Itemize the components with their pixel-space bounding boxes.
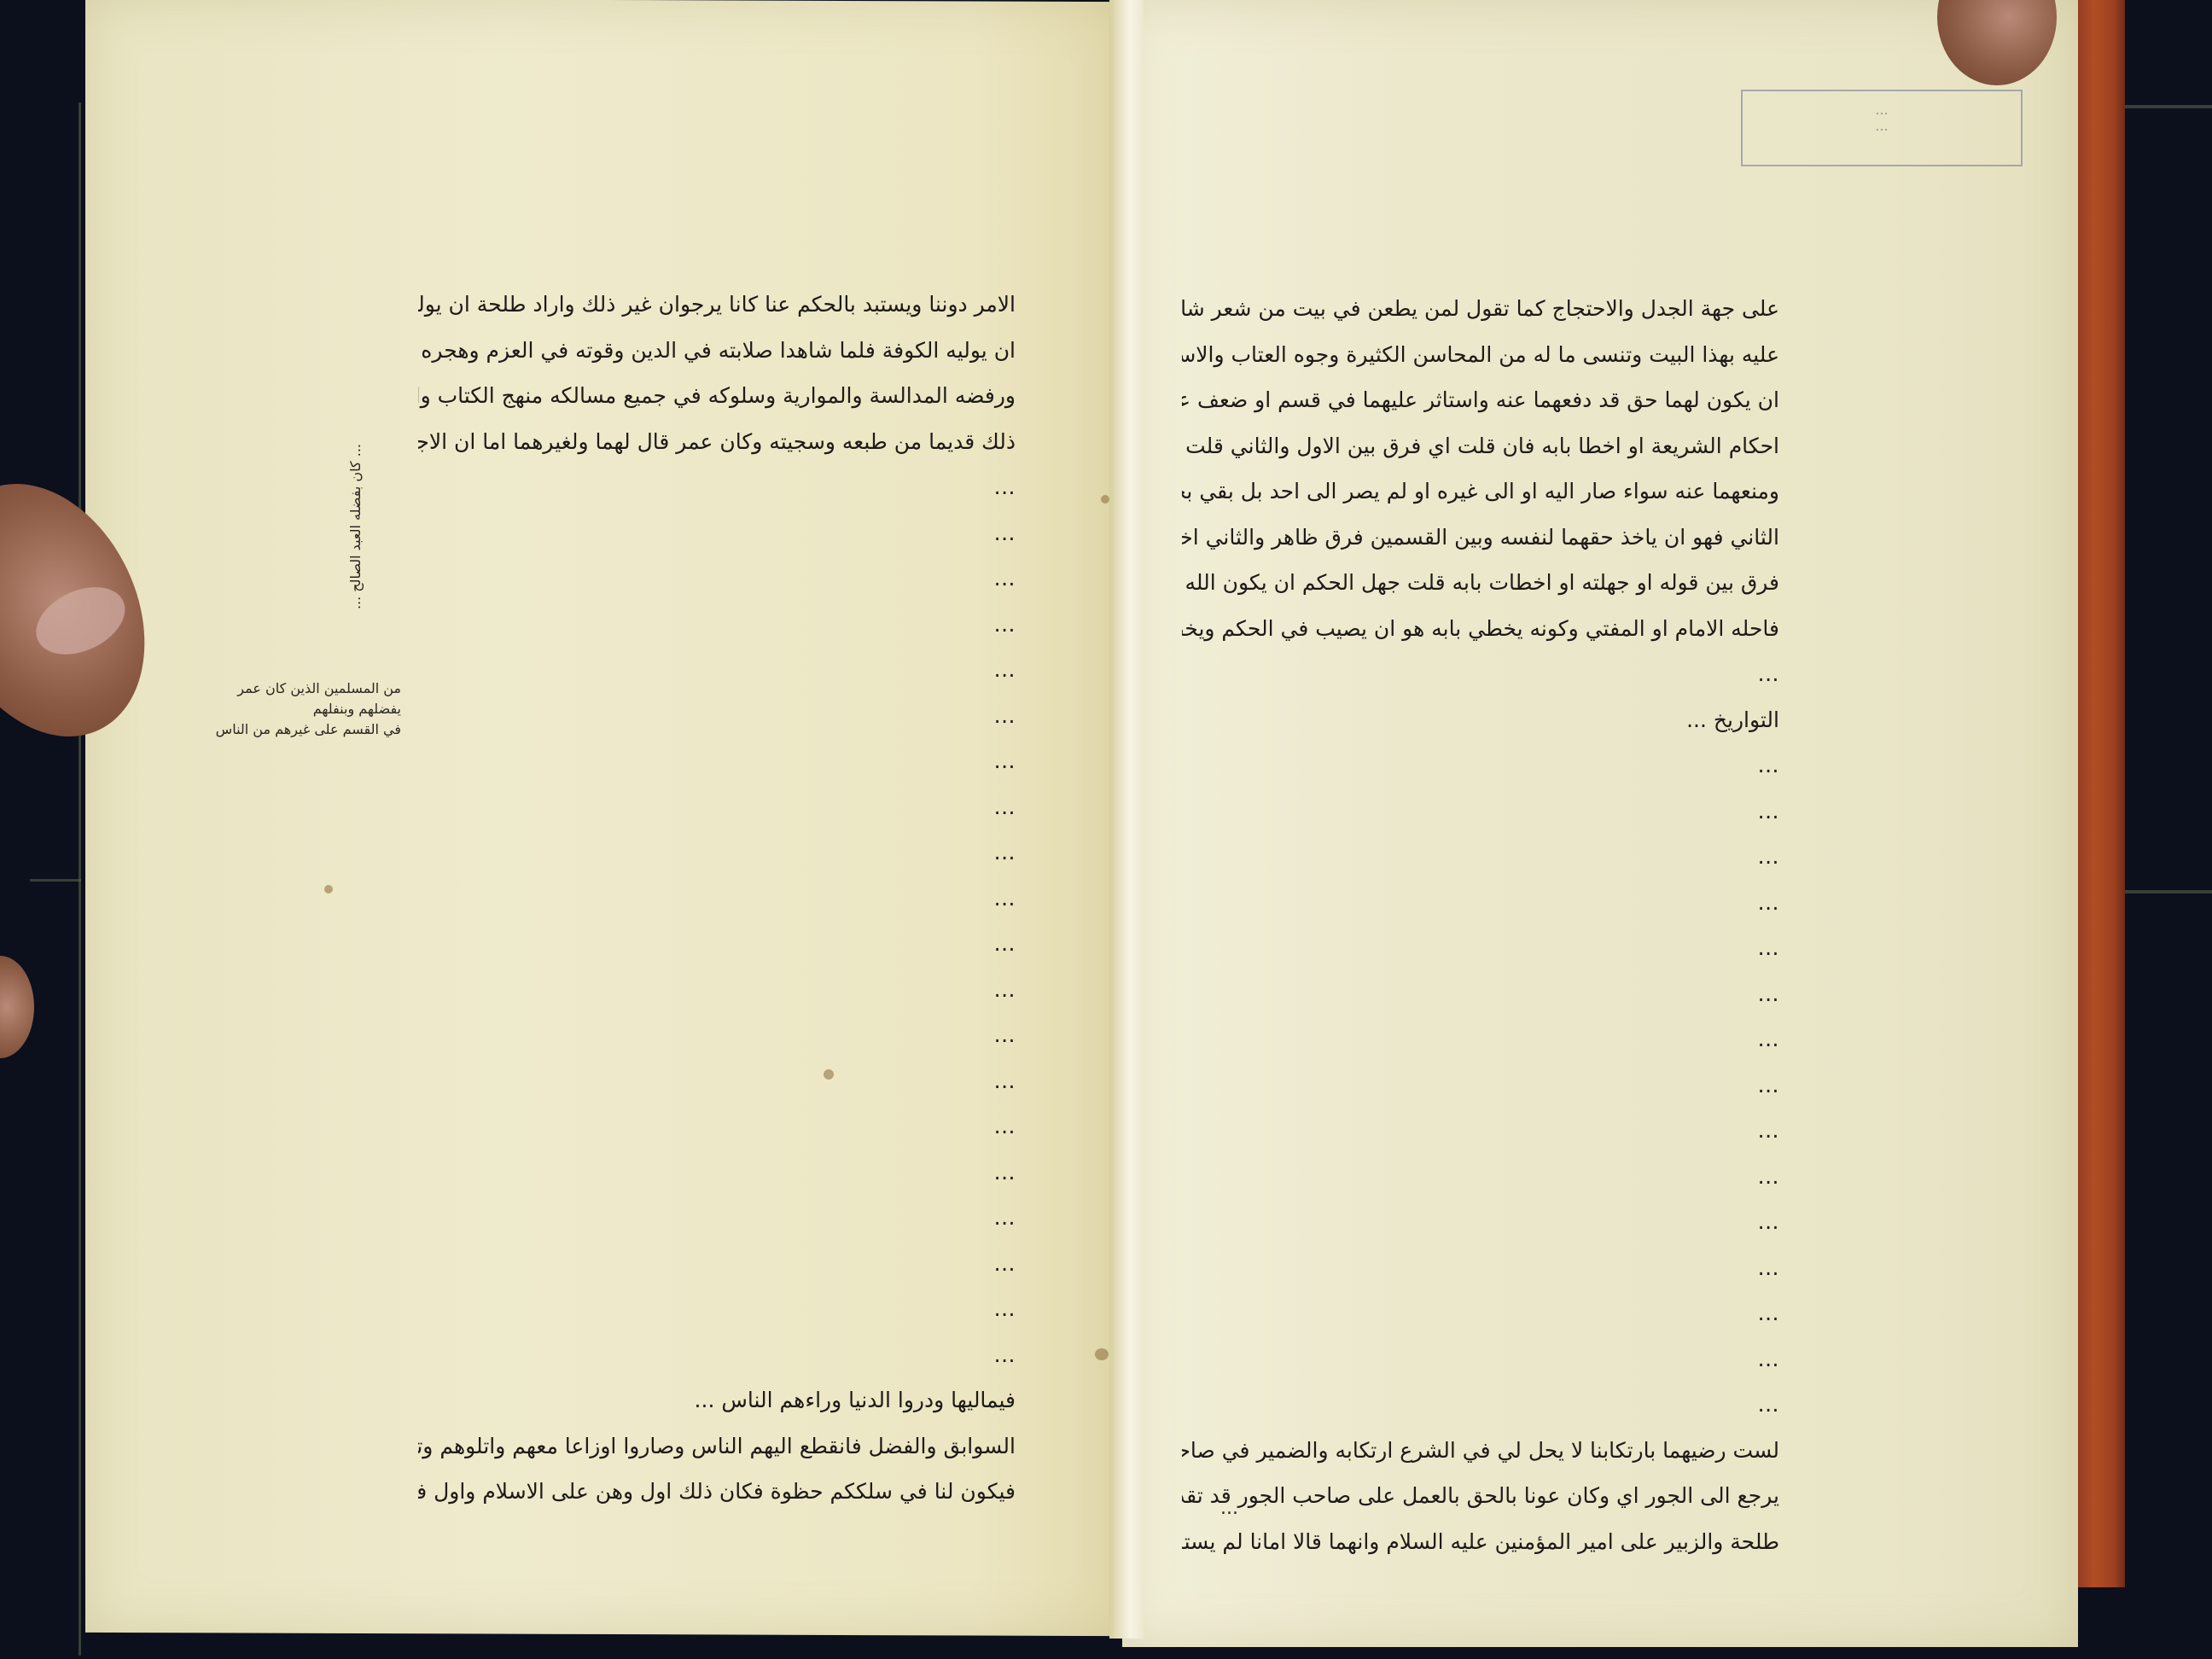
stain — [324, 885, 333, 894]
margin-note-line: من المسلمين الذين كان عمر يفضلهم وبنفلهم — [213, 678, 401, 719]
text-line: ... — [418, 556, 1016, 602]
text-line: ... — [418, 876, 1016, 922]
text-line: ... — [1182, 1199, 1779, 1245]
manuscript-photo: ... ... على جهة الجدل والاحتجاج كما تقول… — [0, 0, 2212, 1659]
text-line: ... — [1182, 1154, 1779, 1200]
text-line: فيماليها ودروا الدنيا وراءهم الناس ... — [418, 1377, 1016, 1423]
text-line: ... — [418, 967, 1016, 1013]
margin-note-text: ... كان بفضله العبد الصالح ... — [347, 444, 364, 609]
text-line: ... — [418, 1103, 1016, 1150]
text-line: ... — [418, 1195, 1016, 1241]
text-line: ذلك قديما من طبعه وسجيته وكان عمر قال له… — [418, 419, 1016, 465]
binding-edge — [2074, 0, 2125, 1587]
text-line: ... — [1182, 834, 1779, 880]
fingernail — [26, 573, 136, 667]
right-page-text: على جهة الجدل والاحتجاج كما تقول لمن يطع… — [1182, 286, 1779, 1564]
left-page-text: الامر دوننا ويستبد بالحكم عنا كانا يرجوا… — [418, 282, 1016, 1515]
text-line: فيكون لنا في سلككم حظوة فكان ذلك اول وهن… — [418, 1469, 1016, 1515]
stamp-line: ... — [1743, 118, 2021, 134]
margin-note-vertical: ... كان بفضله العبد الصالح ... — [346, 444, 366, 640]
text-line: ... — [418, 464, 1016, 510]
text-line: ... — [1182, 1062, 1779, 1109]
text-line: ... — [1182, 880, 1779, 926]
table-line — [30, 879, 81, 882]
text-line: ... — [418, 602, 1016, 648]
stain — [1101, 495, 1109, 504]
library-stamp: ... ... — [1741, 90, 2023, 166]
book-gutter — [1109, 0, 1144, 1639]
text-line: ... — [418, 1286, 1016, 1332]
text-line: احكام الشريعة او اخطا بابه فان قلت اي فر… — [1182, 423, 1779, 469]
text-line: ... — [418, 693, 1016, 739]
catchword: ... — [1220, 1498, 1238, 1519]
text-line: ... — [418, 1241, 1016, 1287]
text-line: ... — [418, 510, 1016, 556]
text-line: على جهة الجدل والاحتجاج كما تقول لمن يطع… — [1182, 286, 1779, 332]
text-line: ... — [418, 921, 1016, 967]
text-line: ... — [418, 784, 1016, 830]
text-line: ... — [418, 1332, 1016, 1378]
text-line: يرجع الى الجور اي وكان عونا بالحق بالعمل… — [1182, 1473, 1779, 1519]
text-line: ... — [1182, 1382, 1779, 1428]
text-line: لست رضيهما بارتكابنا لا يحل لي في الشرع … — [1182, 1428, 1779, 1474]
text-line: ... — [418, 1058, 1016, 1104]
text-line: طلحة والزبير على امير المؤمنين عليه السل… — [1182, 1519, 1779, 1565]
text-line: ان يكون لهما حق قد دفعهما عنه واستاثر عل… — [1182, 377, 1779, 423]
table-line — [2125, 105, 2212, 108]
margin-note-horizontal: من المسلمين الذين كان عمر يفضلهم وبنفلهم… — [213, 678, 401, 740]
text-line: ... — [1182, 925, 1779, 971]
text-line: ... — [1182, 1290, 1779, 1336]
text-line: الامر دوننا ويستبد بالحكم عنا كانا يرجوا… — [418, 282, 1016, 328]
text-line: ... — [418, 647, 1016, 693]
text-line: ... — [418, 1012, 1016, 1058]
text-line: ... — [1182, 971, 1779, 1017]
text-line: السوابق والفضل فانقطع اليهم الناس وصاروا… — [418, 1423, 1016, 1470]
text-line: ... — [1182, 1336, 1779, 1382]
text-line: ... — [1182, 1108, 1779, 1154]
text-line: ورفضه المدالسة والموارية وسلوكه في جميع … — [418, 373, 1016, 419]
text-line: ... — [418, 738, 1016, 784]
text-line: ... — [1182, 651, 1779, 697]
text-line: ... — [1182, 1245, 1779, 1291]
text-line: فرق بين قوله او جهلته او اخطات بابه قلت … — [1182, 560, 1779, 606]
text-line: ... — [1182, 1016, 1779, 1062]
table-line — [2125, 890, 2212, 894]
text-line: ان يوليه الكوفة فلما شاهدا صلابته في الد… — [418, 328, 1016, 374]
finger-left-lower — [0, 956, 34, 1058]
text-line: التواريخ ... — [1182, 697, 1779, 743]
text-line: عليه بهذا البيت وتنسى ما له من المحاسن ا… — [1182, 332, 1779, 378]
stamp-line: ... — [1743, 102, 2021, 118]
text-line: فاحله الامام او المفتي وكونه يخطي بابه ه… — [1182, 606, 1779, 652]
text-line: الثاني فهو ان ياخذ حقهما لنفسه وبين القس… — [1182, 515, 1779, 561]
text-line: ... — [1182, 789, 1779, 835]
text-line: ... — [418, 1150, 1016, 1196]
text-line: ... — [1182, 742, 1779, 789]
margin-note-line: في القسم على غيرهم من الناس — [213, 719, 401, 740]
stain — [1095, 1348, 1109, 1360]
text-line: ... — [418, 829, 1016, 876]
text-line: ومنعهما عنه سواء صار اليه او الى غيره او… — [1182, 469, 1779, 515]
